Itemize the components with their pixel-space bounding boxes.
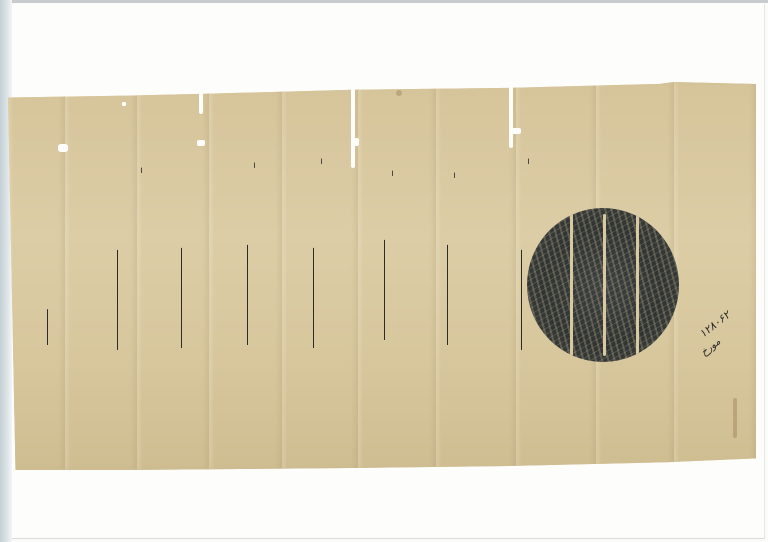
column-5-note: ــ [248, 152, 258, 168]
fold-tear [197, 140, 205, 146]
paper-hole [58, 144, 68, 152]
fold-panel-1 [8, 82, 66, 470]
scanner-left-edge [0, 0, 12, 542]
text-column-4: ـــــــــــــــــــــــــــــــ [304, 158, 317, 348]
fold-panel-10 [674, 82, 757, 470]
seal-band-divider [570, 214, 573, 356]
fold-tear [351, 138, 359, 146]
column-3-note: ــ [386, 158, 396, 176]
paper-hole [122, 102, 126, 106]
fold-panel-6 [358, 82, 437, 470]
circular-seal [527, 208, 679, 362]
fold-panel-5 [282, 82, 359, 470]
column-1-note: ــ [522, 148, 532, 164]
text-column-8-closing: ـــــــــــ [38, 285, 51, 345]
text-column-6: ـــــــــــــــــــــــــــــــ [172, 158, 185, 348]
text-column-3: ـــــــــــــــــــــــــــــــ [375, 160, 388, 340]
column-7-note: ــ [135, 145, 145, 173]
ink-stain [396, 90, 402, 96]
scanner-top-edge [0, 0, 768, 3]
text-column-7: ـــــــــــــــــــــــــــــــ [108, 160, 121, 350]
text-column-2: ـــــــــــــــــــــــــــــــ [438, 155, 451, 345]
fold-tear [509, 128, 521, 134]
fold-tear [509, 86, 513, 148]
text-column-1: ـــــــــــــــــــــــــــــــ [512, 150, 525, 350]
fold-tear [351, 88, 355, 168]
fold-panel-2 [65, 82, 138, 470]
seal-band-divider [603, 214, 606, 356]
paper-stain [733, 398, 737, 438]
column-2-note: ــ [448, 160, 458, 178]
seal-band-divider [636, 214, 639, 356]
scan-background: ـــــــــــــــــــــــــــــــ ــ ـــــ… [0, 0, 768, 542]
column-4-note: ــ [315, 148, 325, 164]
text-column-5: ـــــــــــــــــــــــــــــــ [238, 155, 251, 345]
fold-tear [199, 92, 203, 114]
